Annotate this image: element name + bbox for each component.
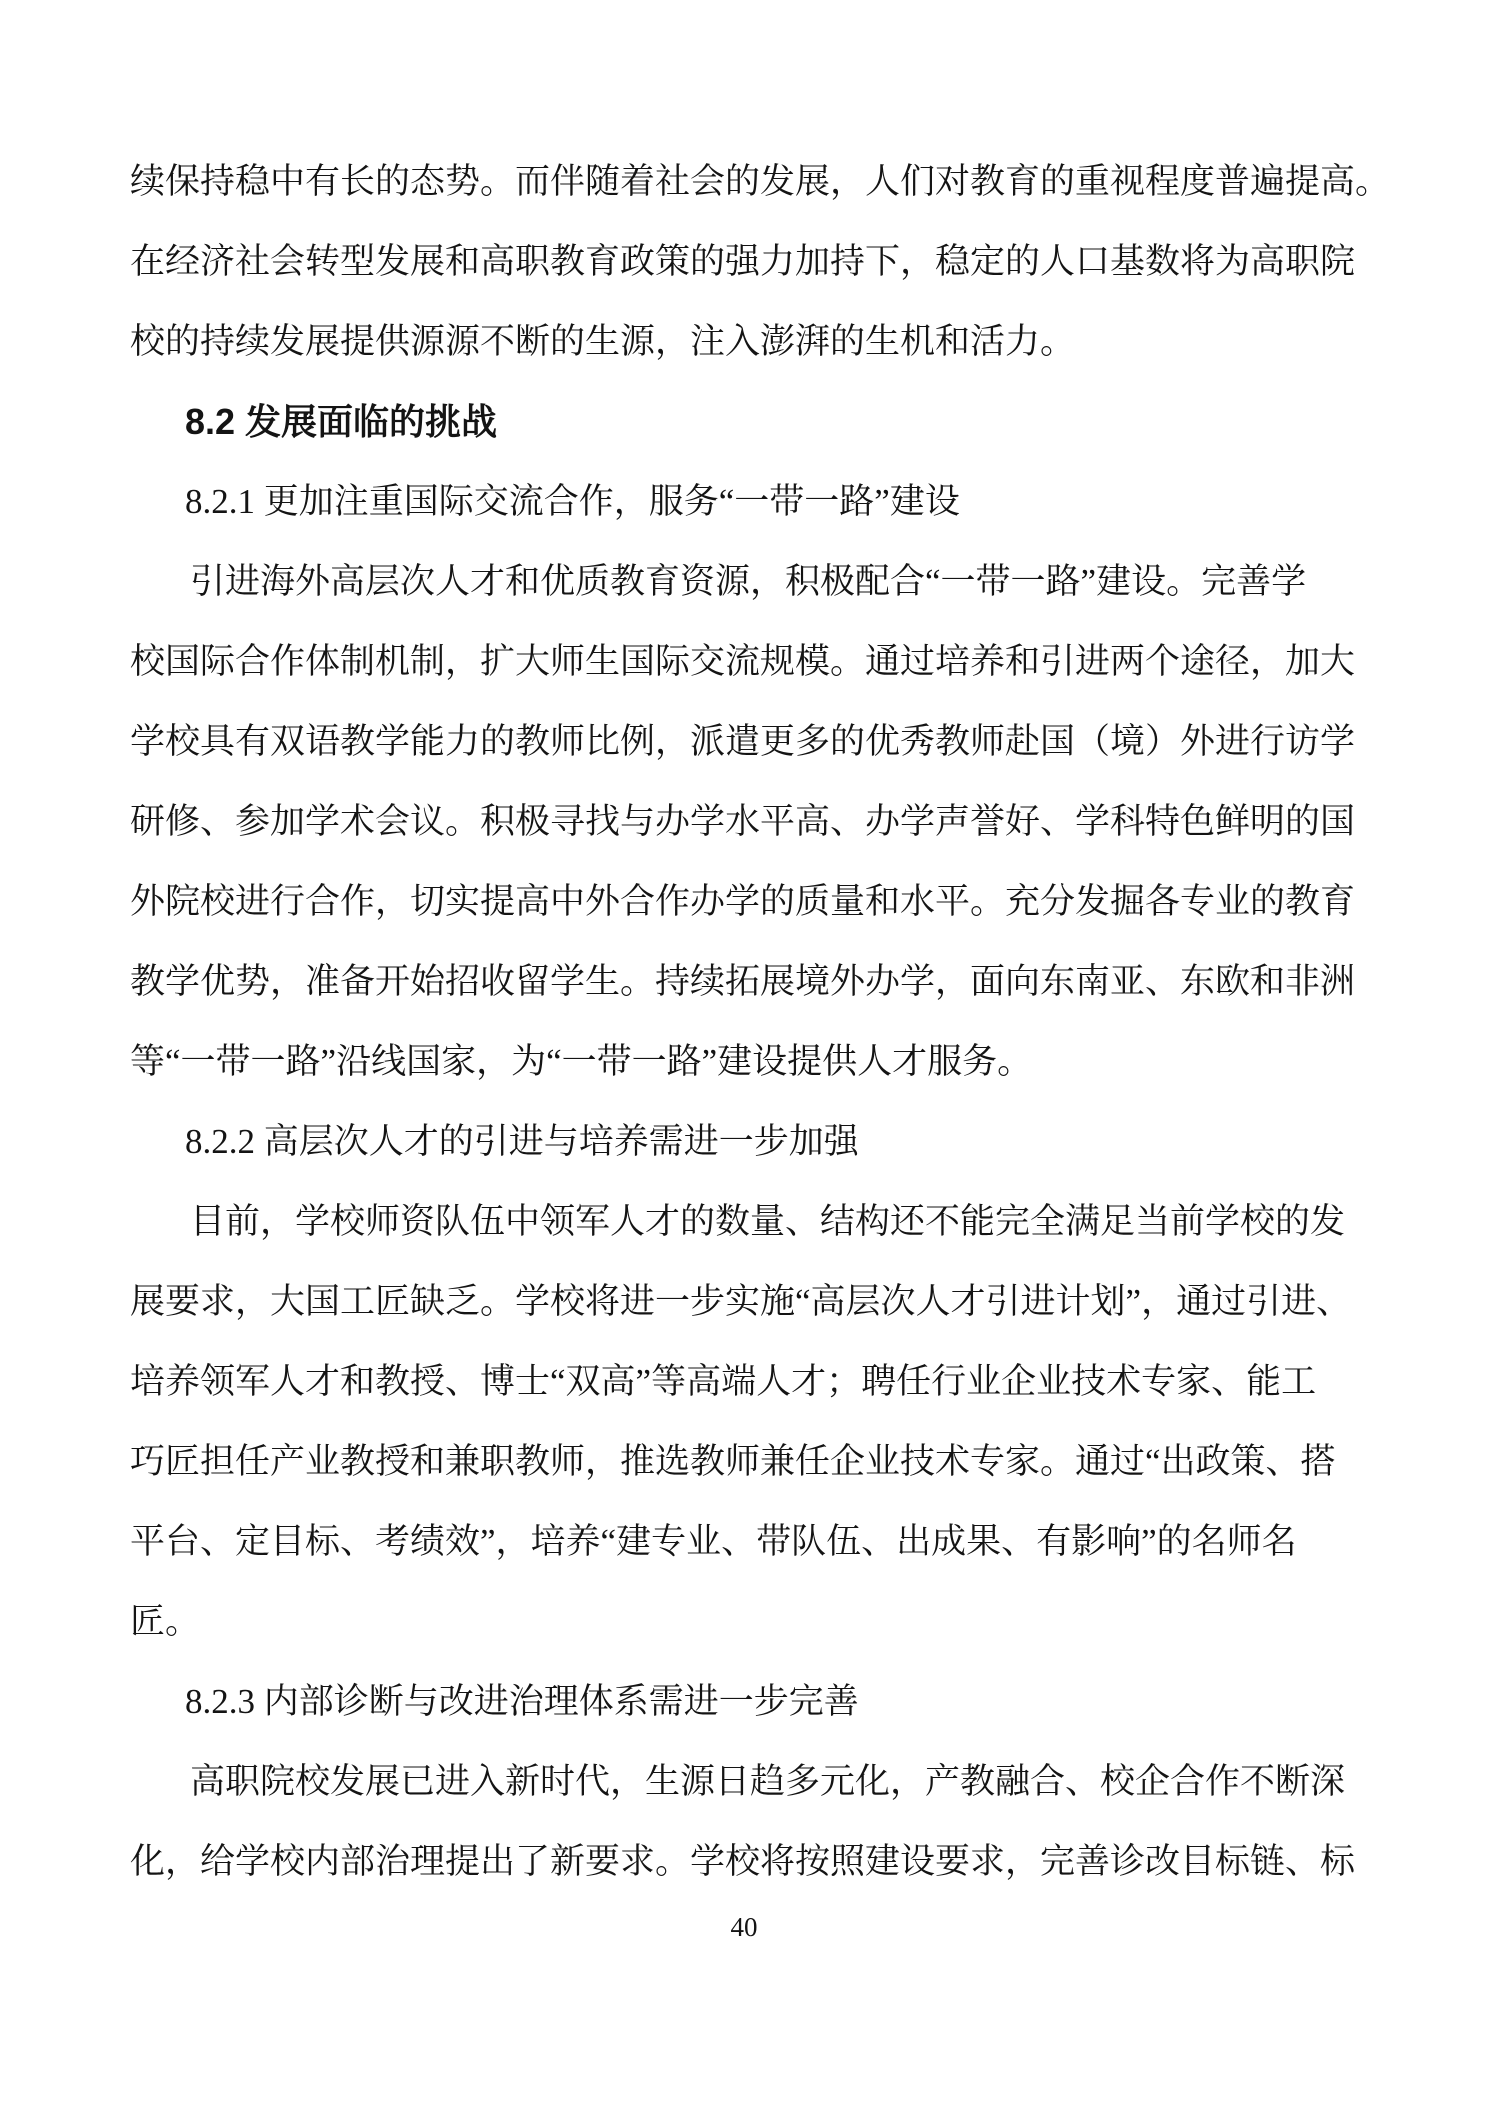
paragraph-line: 巧匠担任产业教授和兼职教师，推选教师兼任企业技术专家。通过“出政策、搭 xyxy=(130,1422,1366,1502)
subsection-heading: 8.2.3 内部诊断与改进治理体系需进一步完善 xyxy=(185,1662,1366,1742)
paragraph-line: 高职院校发展已进入新时代，生源日趋多元化，产教融合、校企合作不断深 xyxy=(130,1742,1366,1822)
paragraph-line: 学校具有双语教学能力的教师比例，派遣更多的优秀教师赴国（境）外进行访学 xyxy=(130,702,1366,782)
paragraph-line: 展要求，大国工匠缺乏。学校将进一步实施“高层次人才引进计划”，通过引进、 xyxy=(130,1262,1366,1342)
paragraph-line: 目前，学校师资队伍中领军人才的数量、结构还不能完全满足当前学校的发 xyxy=(130,1182,1366,1262)
paragraph-line: 外院校进行合作，切实提高中外合作办学的质量和水平。充分发掘各专业的教育 xyxy=(130,862,1366,942)
document-page: 续保持稳中有长的态势。而伴随着社会的发展，人们对教育的重视程度普遍提高。在经济社… xyxy=(0,0,1488,2105)
paragraph-line: 校的持续发展提供源源不断的生源，注入澎湃的生机和活力。 xyxy=(130,302,1366,382)
subsection-heading: 8.2.2 高层次人才的引进与培养需进一步加强 xyxy=(185,1102,1366,1182)
paragraph-line: 校国际合作体制机制，扩大师生国际交流规模。通过培养和引进两个途径，加大 xyxy=(130,622,1366,702)
paragraph-line: 匠。 xyxy=(130,1582,1366,1662)
paragraph-line: 化，给学校内部治理提出了新要求。学校将按照建设要求，完善诊改目标链、标 xyxy=(130,1822,1366,1902)
paragraph-line: 引进海外高层次人才和优质教育资源，积极配合“一带一路”建设。完善学 xyxy=(130,542,1366,622)
paragraph-line: 平台、定目标、考绩效”，培养“建专业、带队伍、出成果、有影响”的名师名 xyxy=(130,1502,1366,1582)
paragraph-line: 研修、参加学术会议。积极寻找与办学水平高、办学声誉好、学科特色鲜明的国 xyxy=(130,782,1366,862)
section-heading: 8.2 发展面临的挑战 xyxy=(185,382,1366,462)
page-content: 续保持稳中有长的态势。而伴随着社会的发展，人们对教育的重视程度普遍提高。在经济社… xyxy=(130,142,1366,1902)
page-number: 40 xyxy=(0,1912,1488,1943)
paragraph-line: 教学优势，准备开始招收留学生。持续拓展境外办学，面向东南亚、东欧和非洲 xyxy=(130,942,1366,1022)
paragraph-line: 在经济社会转型发展和高职教育政策的强力加持下，稳定的人口基数将为高职院 xyxy=(130,222,1366,302)
paragraph-line: 培养领军人才和教授、博士“双高”等高端人才；聘任行业企业技术专家、能工 xyxy=(130,1342,1366,1422)
paragraph-line: 续保持稳中有长的态势。而伴随着社会的发展，人们对教育的重视程度普遍提高。 xyxy=(130,142,1366,222)
paragraph-line: 等“一带一路”沿线国家，为“一带一路”建设提供人才服务。 xyxy=(130,1022,1366,1102)
subsection-heading: 8.2.1 更加注重国际交流合作，服务“一带一路”建设 xyxy=(185,462,1366,542)
